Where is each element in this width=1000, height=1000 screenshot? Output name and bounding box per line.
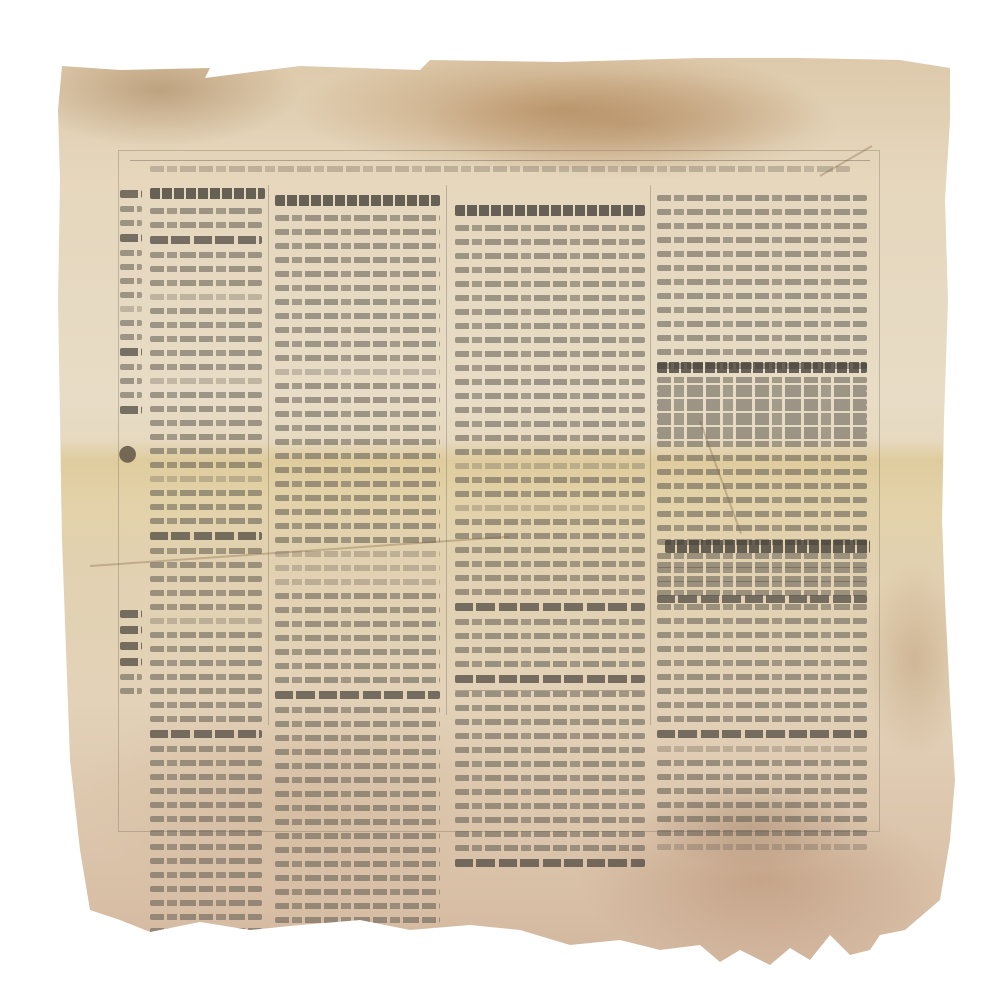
paper-edge-shading (0, 0, 1000, 1000)
torn-paper: ● (0, 0, 1000, 1000)
newspaper-scrap-scene: ● (0, 0, 1000, 1000)
